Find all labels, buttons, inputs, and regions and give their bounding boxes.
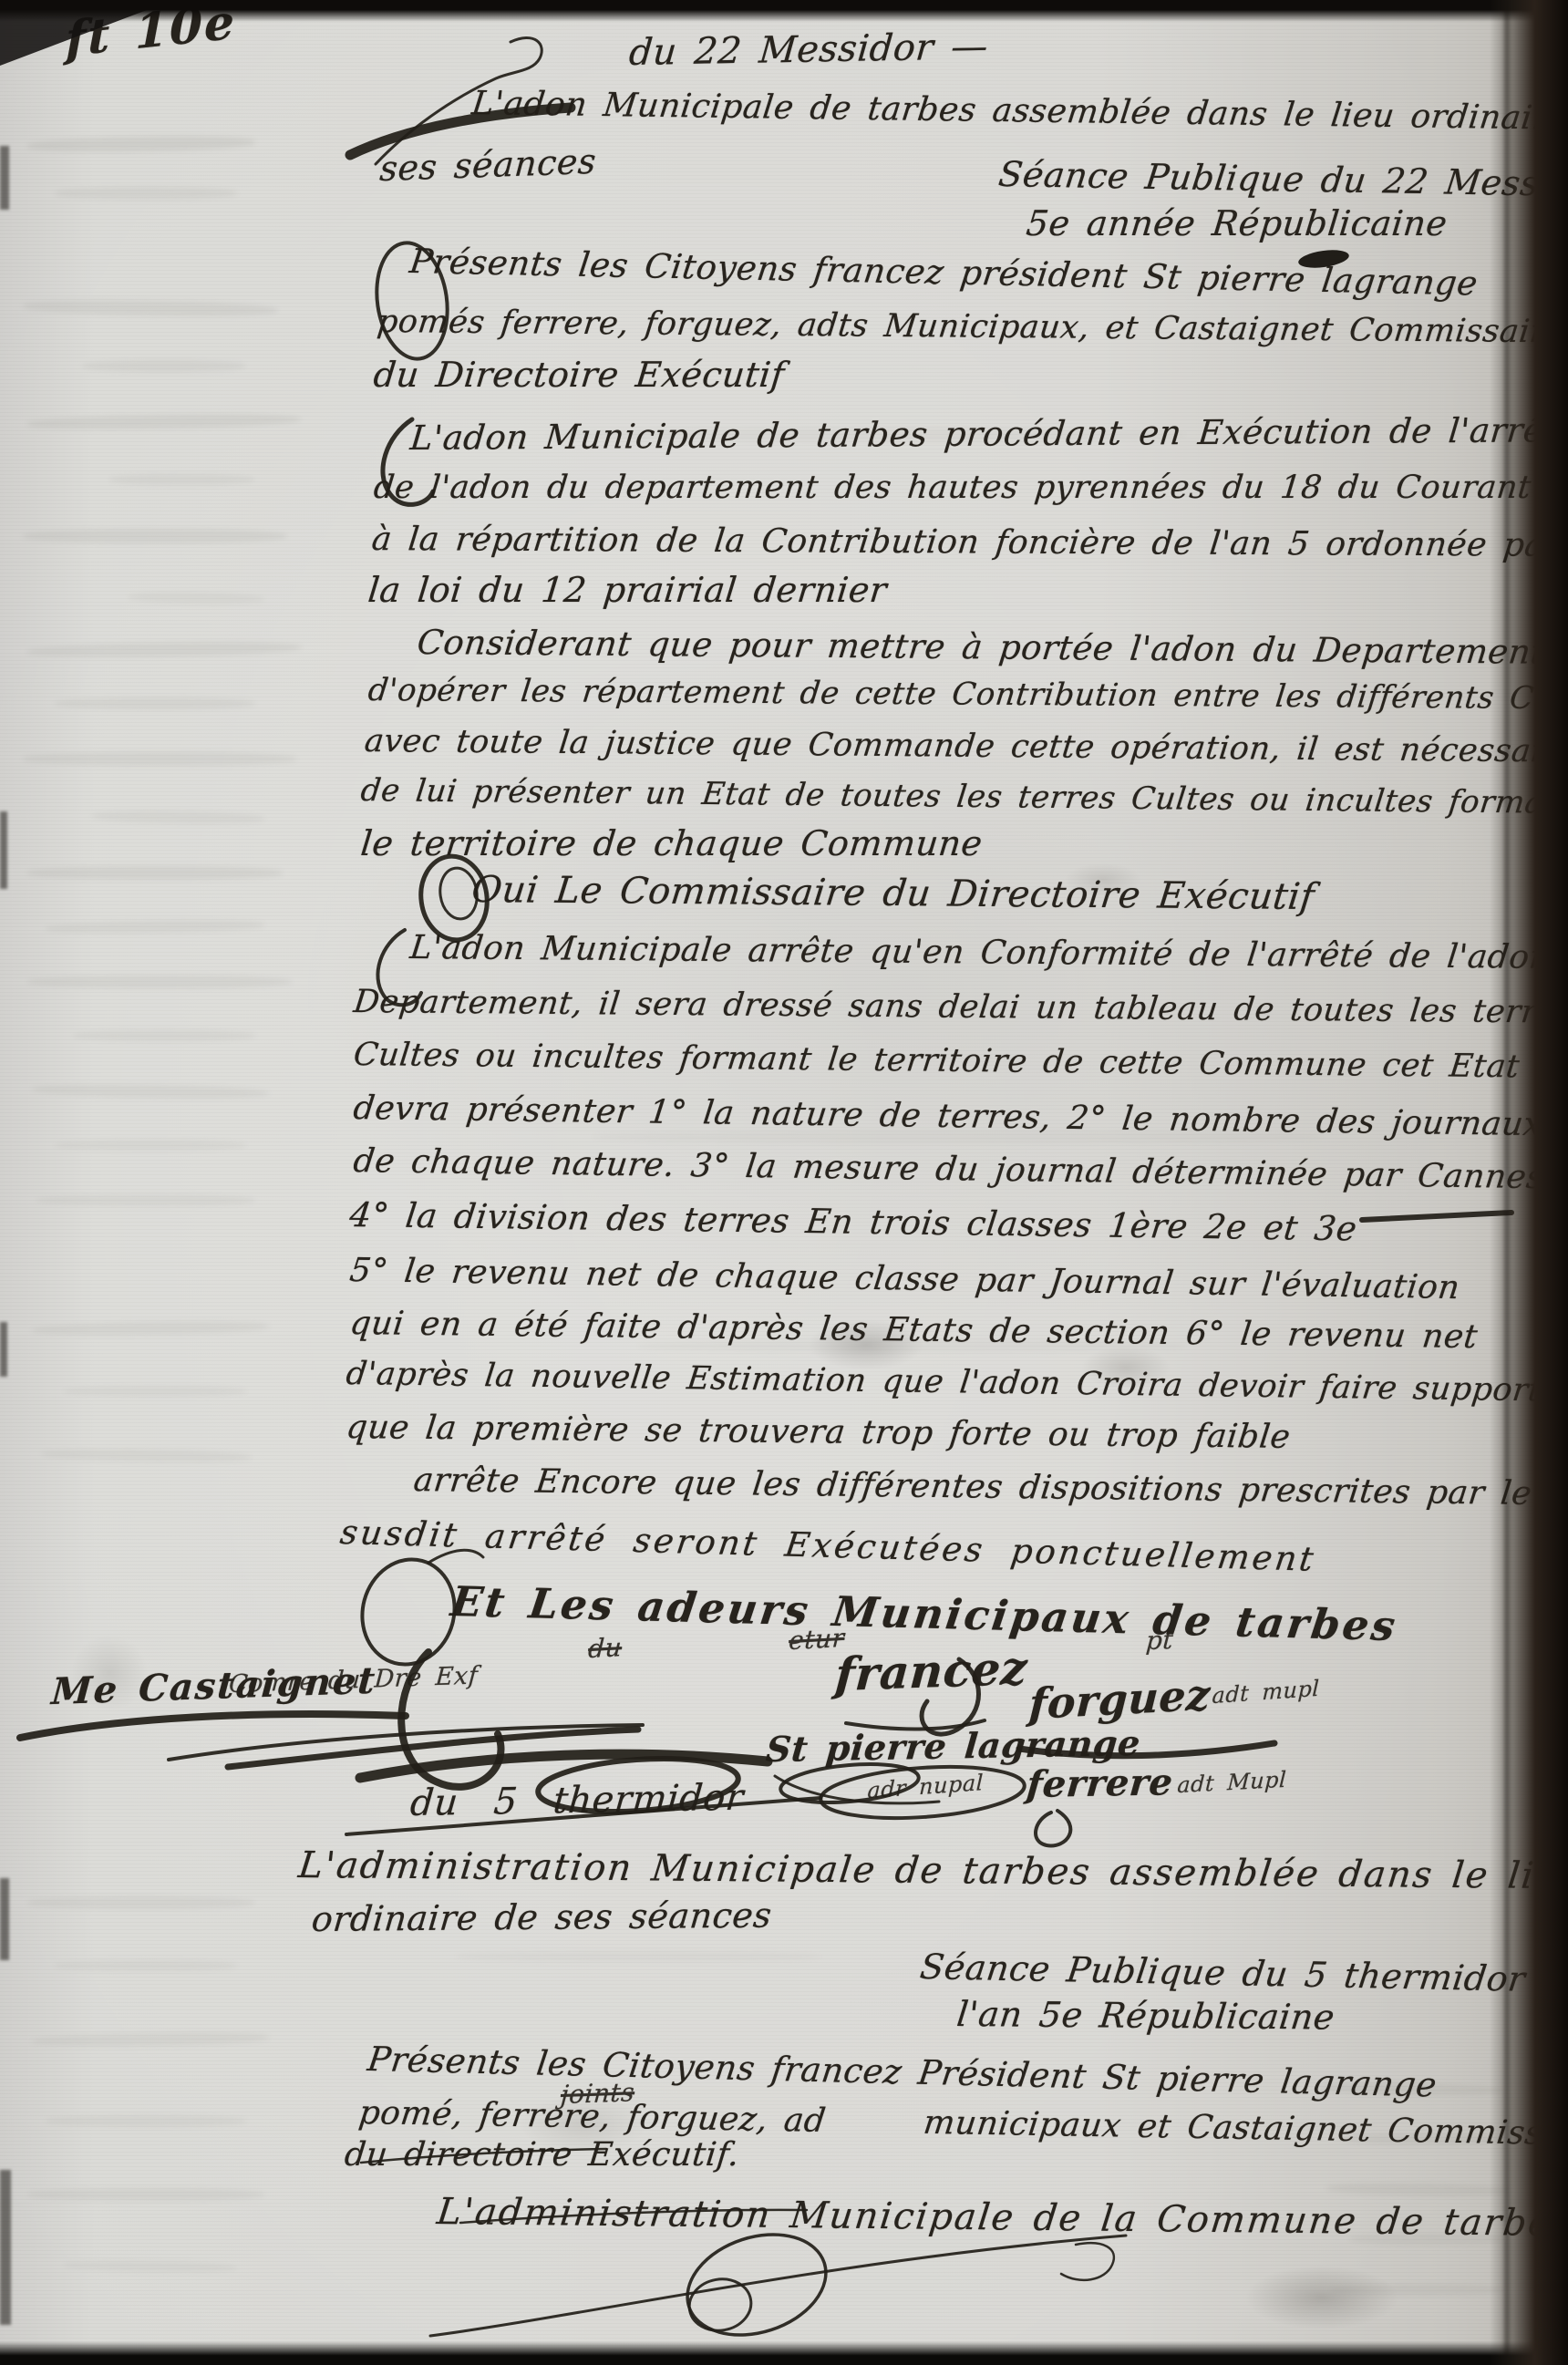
para3-1: L'adon Municipale arrête qu'en Conformit… xyxy=(408,932,1568,975)
session2-caption-1: Séance Publique du 5 thermidor xyxy=(918,1949,1527,1997)
signature-forguez-title: adt mupl xyxy=(1212,1678,1320,1707)
signature-lagrange: St pierre lagrange xyxy=(765,1726,1142,1767)
para2-5: le territoire de chaque Commune xyxy=(359,826,985,861)
page-edge-mark xyxy=(0,146,9,210)
para4-1: arrête Encore que les différentes dispos… xyxy=(412,1464,1533,1511)
signature-ferrere: ferrere xyxy=(1025,1764,1174,1803)
signature-ferrere-title: adt Mupl xyxy=(1177,1769,1287,1796)
page-edge-bottom xyxy=(0,2341,1568,2365)
page-edge-top xyxy=(0,0,1568,22)
para3-10: que la première se trouvera trop forte o… xyxy=(345,1411,1293,1454)
para3-8: qui en a été faite d'après les Etats de … xyxy=(348,1307,1480,1354)
session-caption-1: Séance Publique du 22 Messidor xyxy=(996,157,1568,202)
page-edge-mark xyxy=(0,1878,9,1960)
struck-word-du: du xyxy=(588,1635,623,1662)
manuscript-page: ft 10edu 22 Messidor —L'adon Municipale … xyxy=(0,0,1568,2365)
session2-caption-2: l'an 5e Républicaine xyxy=(955,1997,1336,2035)
para1-3: à la répartition de la Contribution fonc… xyxy=(370,523,1563,563)
para4-2: susdit arrêté seront Exécutées ponctuell… xyxy=(338,1515,1318,1576)
para3-3: Cultes ou incultes formant le territoire… xyxy=(352,1039,1522,1083)
annotation-circled: adr nupal xyxy=(867,1771,984,1802)
attendance-1: Présents les Citoyens francez président … xyxy=(407,244,1480,300)
date-thermidor: du 5 thermidor xyxy=(408,1780,745,1822)
para1-2: de l'adon du departement des hautes pyre… xyxy=(372,472,1568,504)
heading-date: du 22 Messidor — xyxy=(627,28,989,71)
session-caption-2: 5e année Républicaine xyxy=(1025,206,1449,241)
session2-attendance-1: Présents les Citoyens francez Président … xyxy=(366,2042,1439,2102)
signature-francez: francez xyxy=(833,1646,1028,1699)
para2-3: avec toute la justice que Commande cette… xyxy=(363,726,1568,769)
signature-castaignet-title: Comre du Dre Exf xyxy=(228,1663,479,1697)
signature-forguez: forguez xyxy=(1028,1674,1212,1726)
para2-2: d'opérer les répartement de cette Contri… xyxy=(366,675,1568,715)
para3-6: 4° la division des terres En trois class… xyxy=(348,1198,1359,1245)
para2-1: Considerant que pour mettre à portée l'a… xyxy=(416,625,1568,669)
page-edge-mark xyxy=(0,1322,7,1377)
session3-opening: L'administration Municipale de la Commun… xyxy=(435,2194,1568,2242)
session2-opening-1: L'administration Municipale de tarbes as… xyxy=(296,1847,1568,1895)
attendance-2: pomés ferrere, forguez, adts Municipaux,… xyxy=(376,306,1567,348)
book-binding-gutter xyxy=(1490,0,1568,2365)
attendance-3: du Directoire Exécutif xyxy=(372,357,786,392)
page-edge-mark xyxy=(0,811,7,889)
para1-4: la loi du 12 prairial dernier xyxy=(366,573,889,607)
para2-4: de lui présenter un Etat de toutes les t… xyxy=(359,775,1568,819)
para1-1: L'adon Municipale de tarbes procédant en… xyxy=(408,413,1568,455)
session2-opening-2: ordinaire de ses séances xyxy=(310,1898,773,1936)
handwriting-layer: ft 10edu 22 Messidor —L'adon Municipale … xyxy=(0,0,1568,2365)
para3-7: 5° le revenu net de chaque classe par Jo… xyxy=(348,1255,1462,1305)
opening-line-2: ses séances xyxy=(378,144,597,186)
para3-4: devra présenter 1° la nature de terres, … xyxy=(352,1092,1544,1141)
page-edge-mark xyxy=(0,2170,11,2325)
para3-5: de chaque nature. 3° la mesure du journa… xyxy=(352,1145,1546,1194)
opening-line-1: L'adon Municipale de tarbes assemblée da… xyxy=(470,88,1568,137)
session2-attendance-3: du directoire Exécutif. xyxy=(343,2139,741,2172)
para3-2: Departement, il sera dressé sans delai u… xyxy=(352,986,1568,1029)
para3-9: d'après la nouvelle Estimation que l'ado… xyxy=(345,1358,1563,1408)
oui-line: Oui Le Commissaire du Directoire Exécuti… xyxy=(469,872,1315,915)
signature-francez-title: pt xyxy=(1145,1627,1174,1654)
